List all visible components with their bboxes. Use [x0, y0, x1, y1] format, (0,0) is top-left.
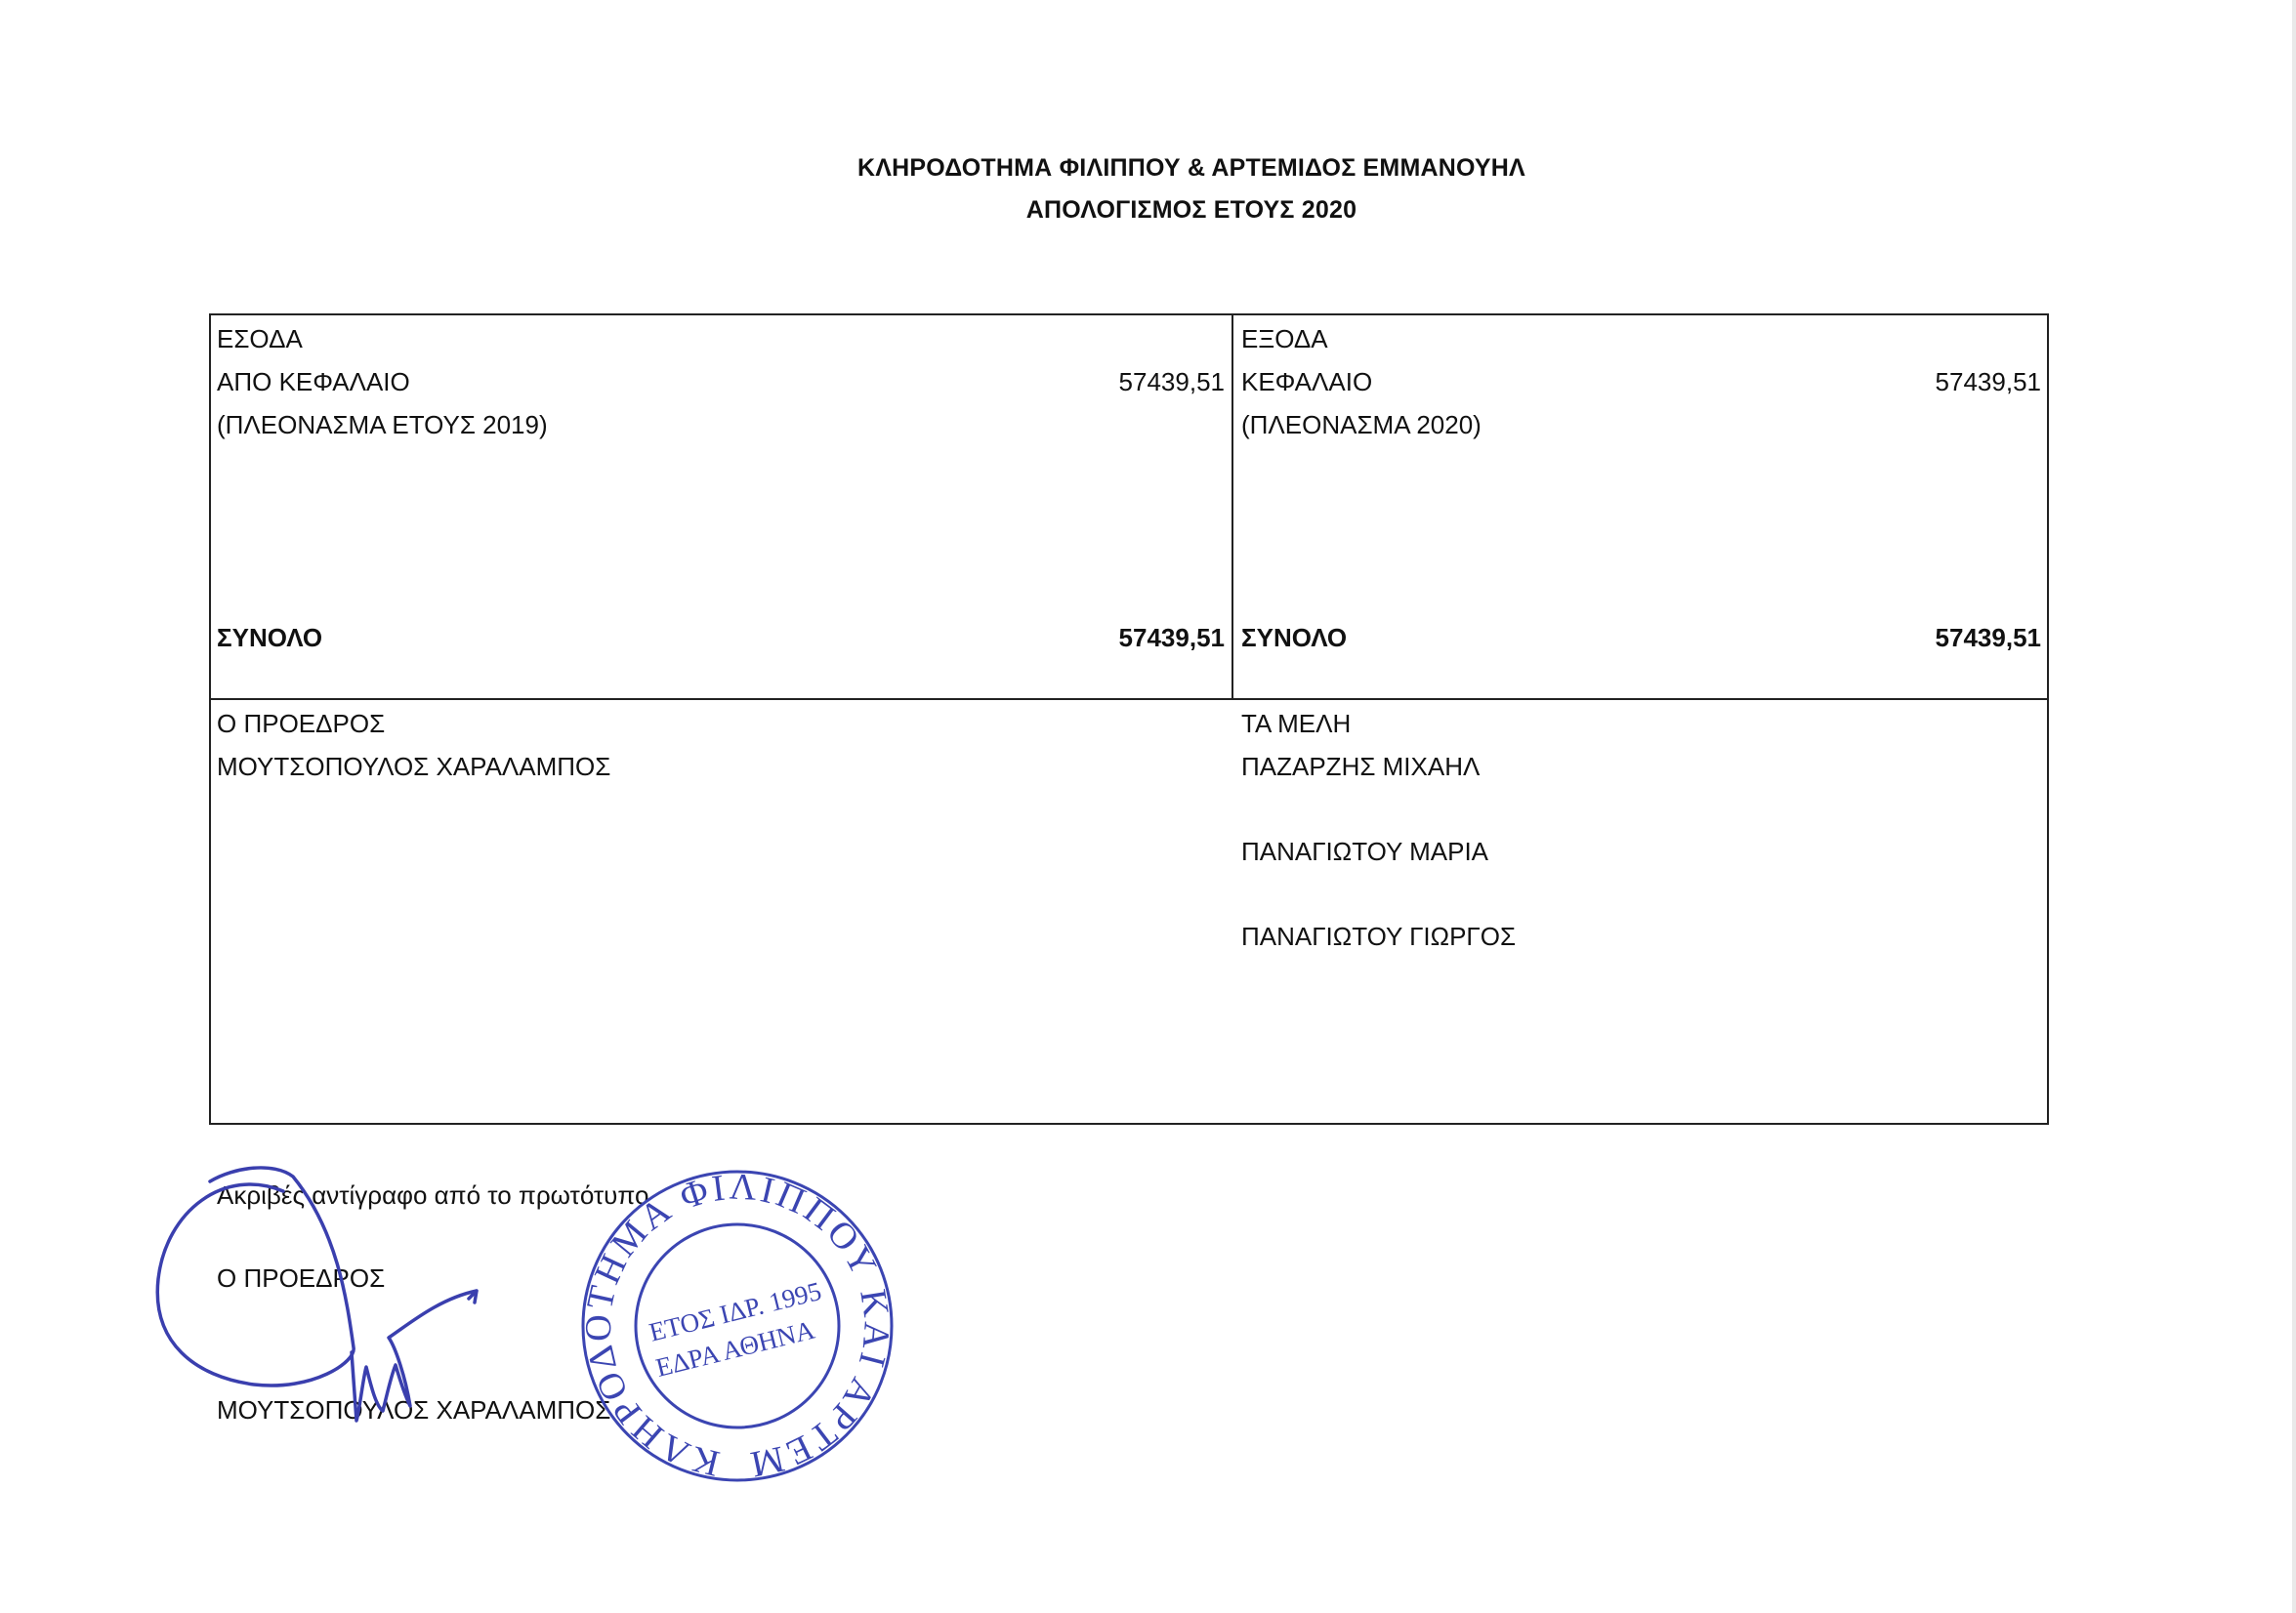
svg-text:ΚΛΗΡΟΔΟΤΗΜΑ ΦΙΛΙΠΠΟΥ ΚΑΙ ΑΡΤΕΜ: ΚΛΗΡΟΔΟΤΗΜΑ ΦΙΛΙΠΠΟΥ ΚΑΙ ΑΡΤΕΜΗΣ ΕΜΜΑΝΟΥ… [0, 0, 898, 1485]
stamp-icon: ΚΛΗΡΟΔΟΤΗΜΑ ΦΙΛΙΠΠΟΥ ΚΑΙ ΑΡΤΕΜΗΣ ΕΜΜΑΝΟΥ… [0, 0, 2296, 1613]
